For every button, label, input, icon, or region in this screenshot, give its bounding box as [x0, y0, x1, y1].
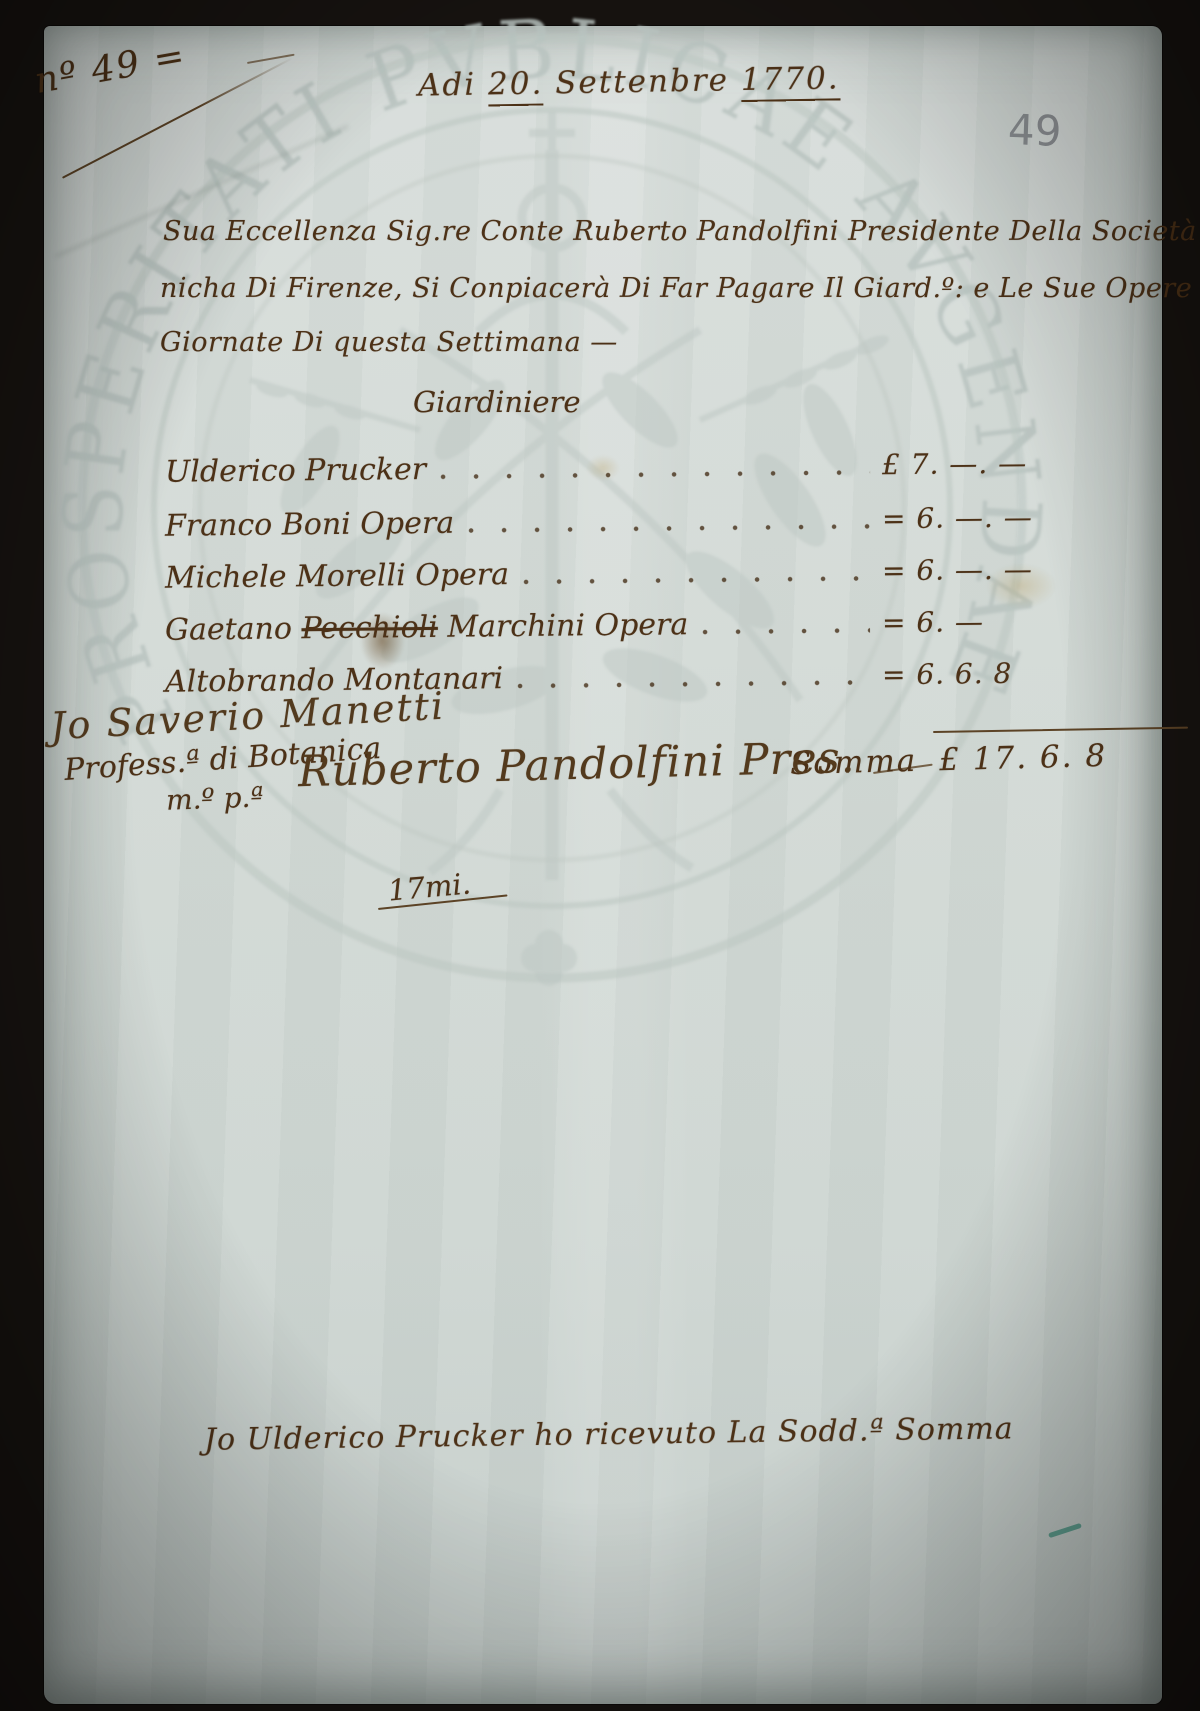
- row-name: Ulderico Prucker: [165, 452, 426, 490]
- archival-number-pencil: 49: [1007, 105, 1062, 156]
- date-day: 20.: [488, 65, 544, 106]
- row-amount: = 6. —. —: [882, 552, 1067, 587]
- scan-background: PROSPERITATI PVBLICAE AVGENDAE: [0, 0, 1200, 1711]
- dot-leader: [702, 626, 870, 636]
- row-name: Michele Morelli Opera: [165, 557, 509, 596]
- list-heading: Giardiniere: [413, 385, 581, 419]
- body-line-1: Sua Eccellenza Sig.re Conte Ruberto Pand…: [163, 216, 1200, 247]
- row-name: Franco Boni Opera: [165, 506, 454, 544]
- body-line-3: Giornate Di questa Settimana —: [160, 327, 618, 358]
- dot-leader: [440, 468, 870, 481]
- struck-name: Pecchioli: [301, 610, 438, 646]
- dot-leader: [517, 678, 870, 690]
- date-prefix: Adi: [418, 67, 477, 104]
- row-name: Gaetano Pecchioli Marchini Opera: [165, 607, 689, 647]
- row-amount: = 6. —: [882, 604, 1067, 639]
- row-amount: £ 7. —. —: [882, 446, 1067, 481]
- dot-leader: [468, 522, 870, 534]
- date-line: Adi 20. Settenbre 1770.: [418, 60, 840, 103]
- date-month: Settenbre: [555, 62, 729, 101]
- manetti-abbreviation: m.º p.ª: [165, 780, 264, 816]
- dot-leader: [523, 574, 870, 586]
- row-amount: = 6. 6. 8: [882, 656, 1067, 691]
- row-amount: = 6. —. —: [882, 500, 1067, 535]
- body-line-2: nicha Di Firenze, Si Conpiacerà Di Far P…: [160, 273, 1200, 304]
- total-amount: £ 17. 6. 8: [939, 738, 1108, 778]
- date-year: 1770.: [741, 60, 840, 102]
